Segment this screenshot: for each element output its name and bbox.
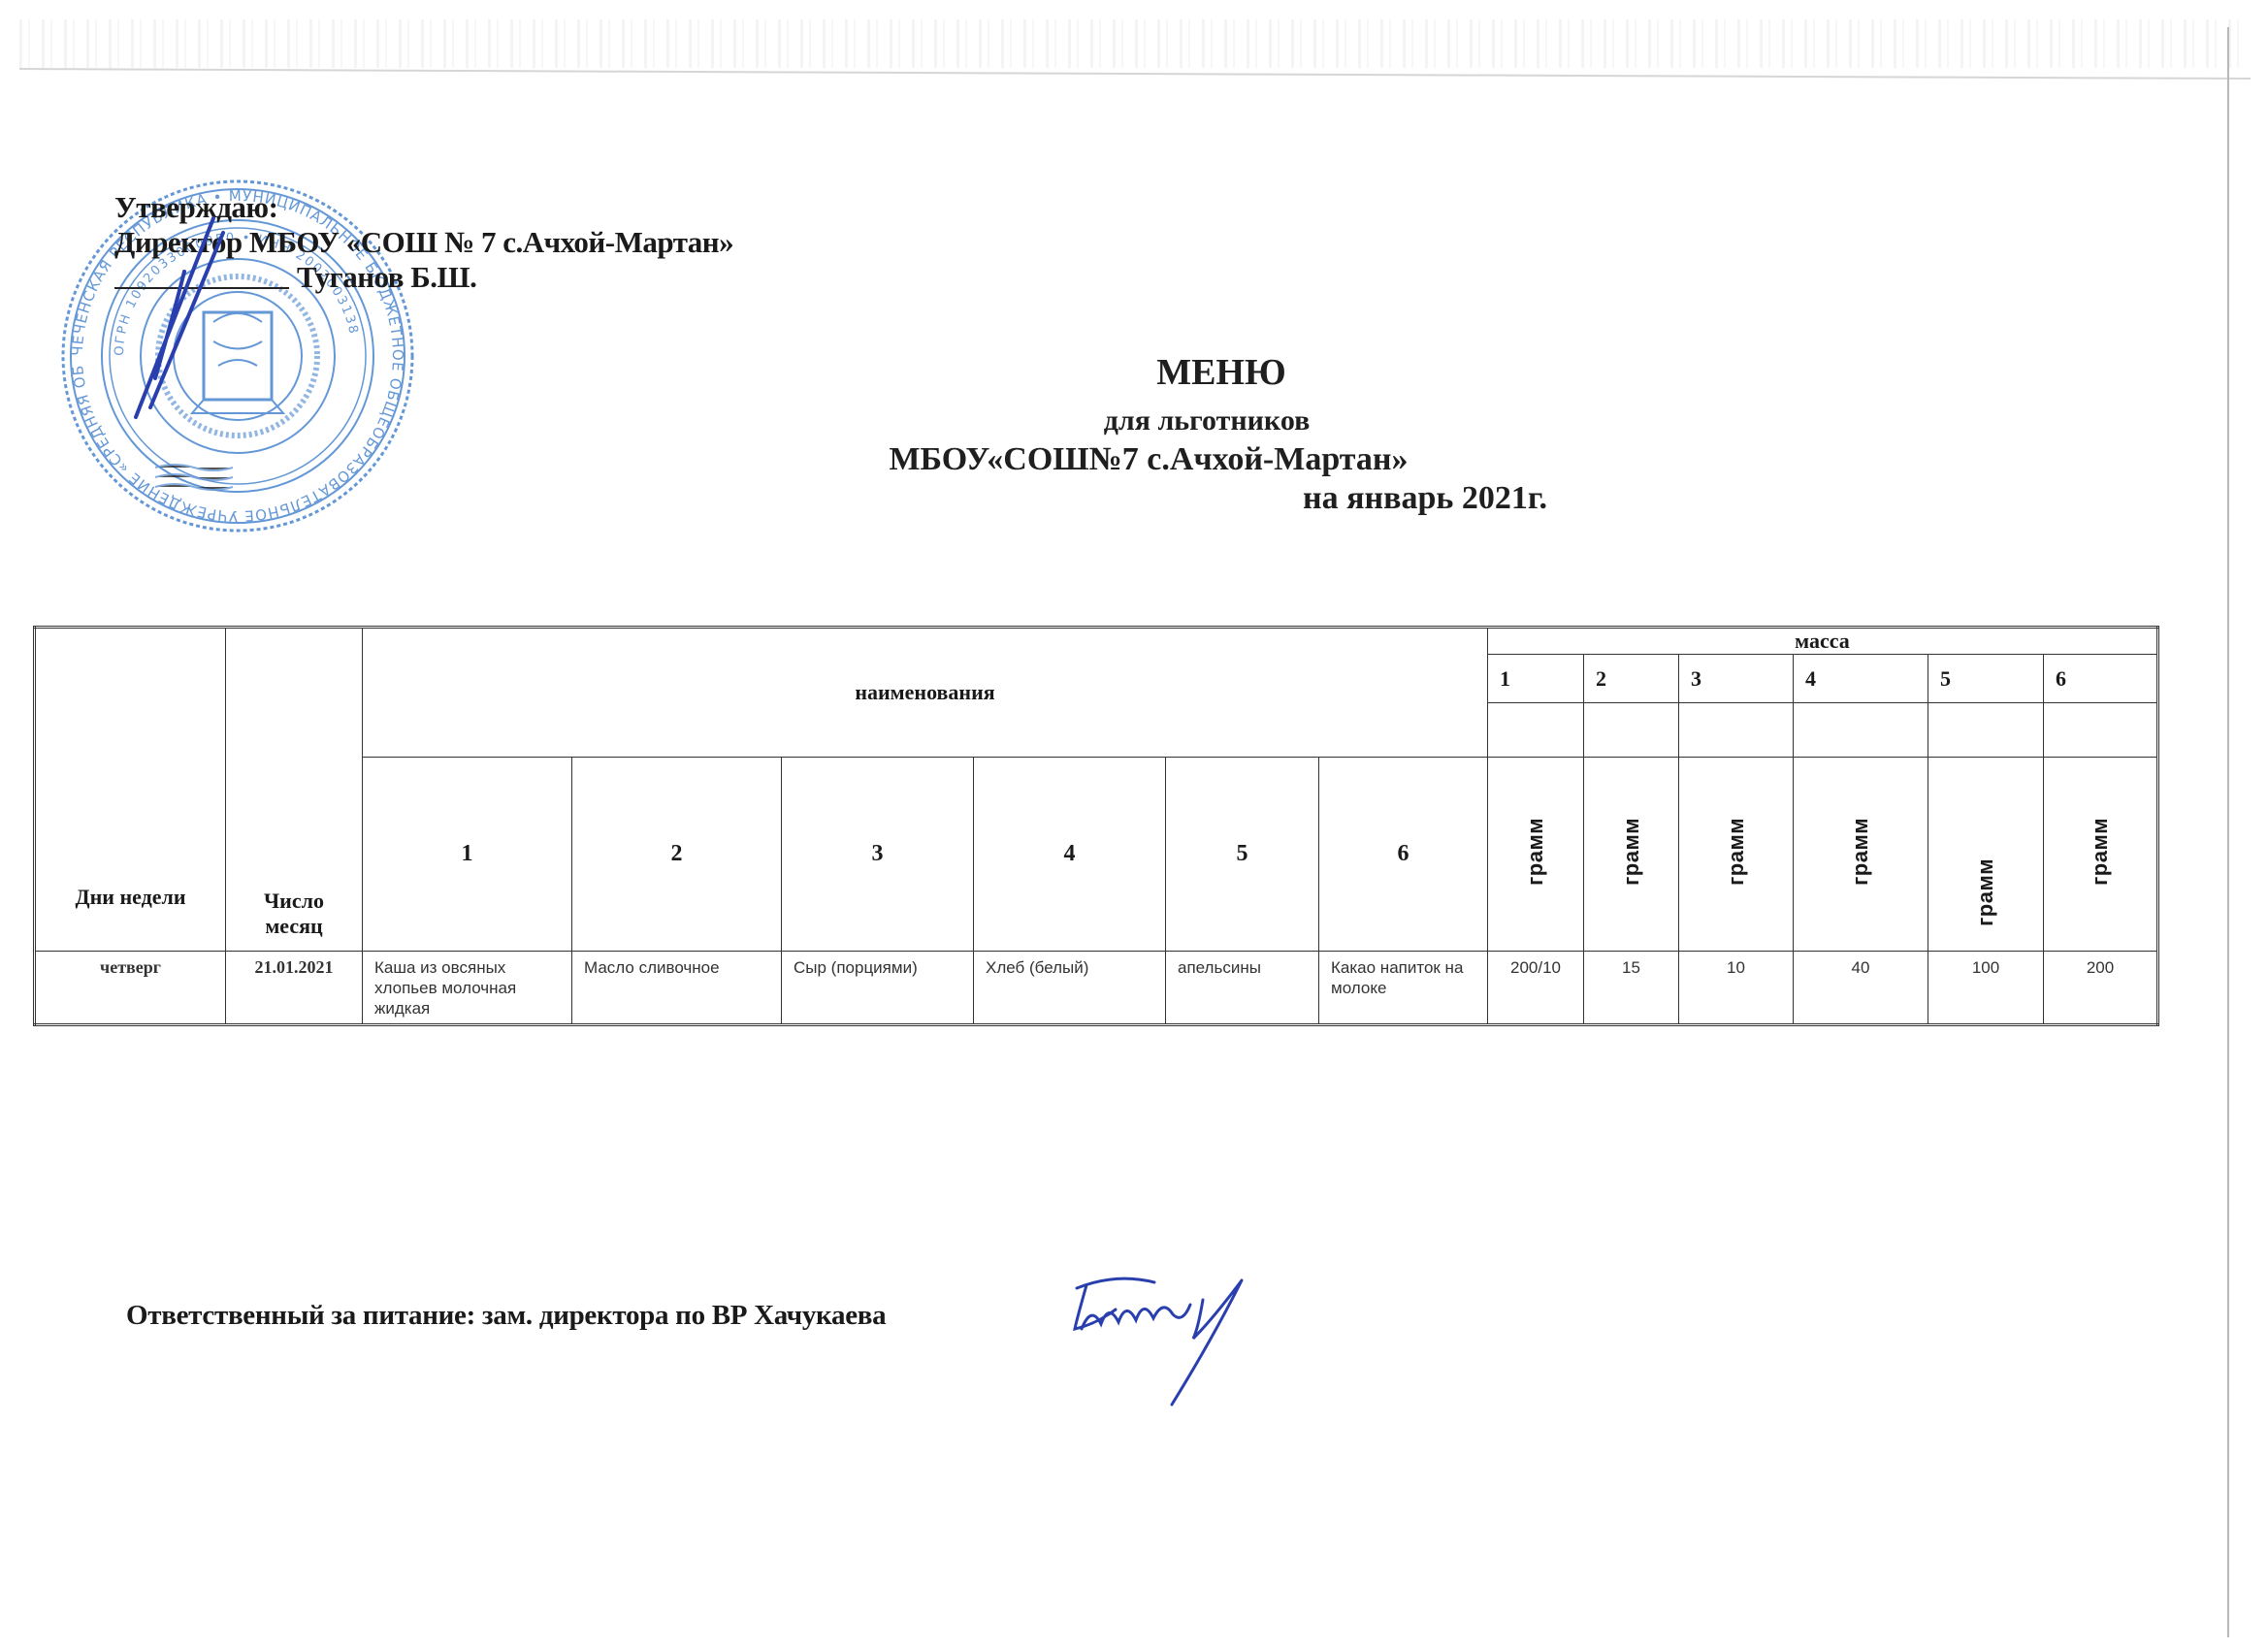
- row-mass-1: 200/10: [1488, 952, 1584, 1025]
- mass-blank-3: [1679, 703, 1794, 758]
- name-col-6: 6: [1319, 758, 1488, 952]
- responsible-signature-icon: [1057, 1271, 1271, 1406]
- director-signature-icon: [116, 213, 233, 427]
- row-item-3: Сыр (порциями): [782, 952, 974, 1025]
- mass-blank-4: [1794, 703, 1928, 758]
- name-col-3: 3: [782, 758, 974, 952]
- mass-blank-2: [1584, 703, 1679, 758]
- mass-col-4: 4: [1794, 655, 1928, 703]
- mass-col-6: 6: [2044, 655, 2158, 703]
- header-days: Дни недели: [35, 628, 226, 952]
- mass-blank-6: [2044, 703, 2158, 758]
- row-mass-6: 200: [2044, 952, 2158, 1025]
- row-item-6: Какао напиток на молоке: [1319, 952, 1488, 1025]
- approval-director-name: Туганов Б.Ш.: [297, 260, 476, 294]
- mass-col-5: 5: [1928, 655, 2044, 703]
- scan-edge-line: [19, 68, 2251, 80]
- row-day: четверг: [35, 952, 226, 1025]
- name-col-2: 2: [572, 758, 782, 952]
- page-edge-line: [2227, 27, 2229, 1637]
- row-mass-5: 100: [1928, 952, 2044, 1025]
- unit-header-2: грамм: [1584, 758, 1679, 952]
- mass-blank-5: [1928, 703, 2044, 758]
- row-item-5: апельсины: [1166, 952, 1319, 1025]
- responsible-person: Ответственный за питание: зам. директора…: [126, 1300, 886, 1332]
- unit-header-1: грамм: [1488, 758, 1584, 952]
- row-mass-2: 15: [1584, 952, 1679, 1025]
- unit-header-4: грамм: [1794, 758, 1928, 952]
- header-mass: масса: [1488, 628, 2158, 655]
- unit-header-6: грамм: [2044, 758, 2158, 952]
- row-item-4: Хлеб (белый): [974, 952, 1166, 1025]
- mass-blank-1: [1488, 703, 1584, 758]
- mass-col-2: 2: [1584, 655, 1679, 703]
- mass-col-1: 1: [1488, 655, 1584, 703]
- unit-header-5: грамм: [1928, 758, 2044, 952]
- header-names: наименования: [363, 628, 1488, 758]
- unit-header-3: грамм: [1679, 758, 1794, 952]
- menu-table: Дни недели Число месяц наименования масс…: [33, 626, 2159, 1026]
- row-item-2: Масло сливочное: [572, 952, 782, 1025]
- mass-col-3: 3: [1679, 655, 1794, 703]
- header-date: Число месяц: [226, 628, 363, 952]
- title-period: на январь 2021г.: [582, 479, 2268, 518]
- row-date: 21.01.2021: [226, 952, 363, 1025]
- name-col-5: 5: [1166, 758, 1319, 952]
- row-mass-4: 40: [1794, 952, 1928, 1025]
- title-subtitle: для льготников: [146, 402, 2268, 440]
- name-col-4: 4: [974, 758, 1166, 952]
- row-mass-3: 10: [1679, 952, 1794, 1025]
- row-item-1: Каша из овсяных хлопьев молочная жидкая: [363, 952, 572, 1025]
- title-menu: МЕНЮ: [175, 351, 2268, 394]
- table-row: четверг 21.01.2021 Каша из овсяных хлопь…: [35, 952, 2158, 1025]
- scan-bleed-through: [19, 19, 2251, 68]
- name-col-1: 1: [363, 758, 572, 952]
